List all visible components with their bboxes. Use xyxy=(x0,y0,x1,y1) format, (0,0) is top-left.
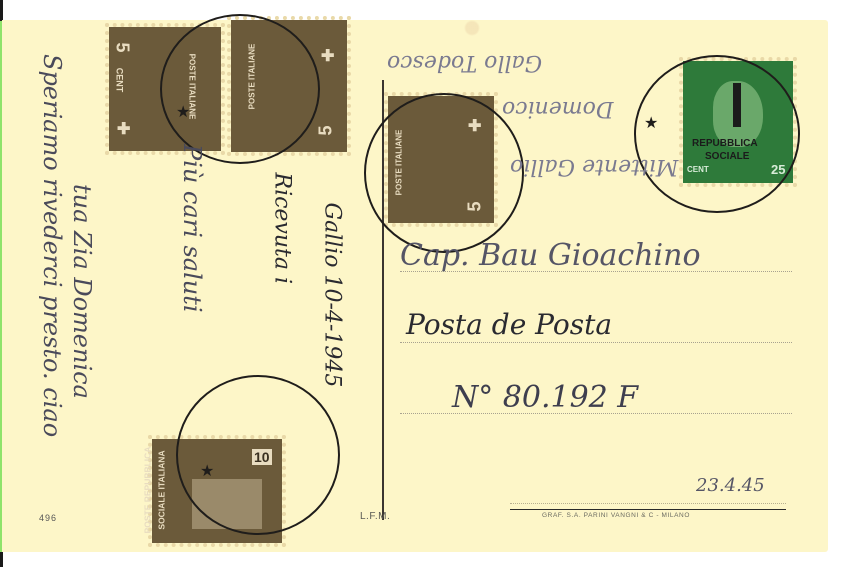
sender-line-1: Gallo Todesco xyxy=(387,50,542,75)
address-rule xyxy=(510,509,786,510)
postmark-gallio-2 xyxy=(364,93,524,253)
message-col-2: tua Zia Domenica xyxy=(68,184,96,484)
printer-credit: GRAF. S.A. PARINI VANGNI & C - MILANO xyxy=(542,512,690,519)
publisher-mark: L.F.M. xyxy=(360,511,390,522)
postcard: GRAF. S.A. PARINI VANGNI & C - MILANO L.… xyxy=(2,20,828,552)
message-col-4: Ricevuta i xyxy=(270,173,295,333)
scan-border-bottom xyxy=(0,552,3,567)
address-line-4 xyxy=(510,503,786,504)
message-col-1: Speriamo rivederci presto. ciao xyxy=(38,54,66,494)
address-unit: Posta de Posta xyxy=(406,308,612,341)
scan-border-top xyxy=(0,0,3,21)
catalog-number: 496 xyxy=(39,513,57,523)
sender-line-2: Domenico xyxy=(502,96,614,121)
address-number: N° 80.192 F xyxy=(452,380,638,415)
sender-line-3: Mittente Gallio xyxy=(510,154,678,179)
postmark-gallio-3: ★ xyxy=(634,55,800,213)
message-date: Gallio 10-4-1945 xyxy=(320,203,345,463)
address-line-2 xyxy=(400,342,792,343)
address-name: Cap. Bau Gioachino xyxy=(400,238,701,273)
annotation-date: 23.4.45 xyxy=(696,475,765,496)
postmark-gallio-1: ★ xyxy=(160,14,320,164)
message-col-3: Più cari saluti xyxy=(178,144,206,404)
